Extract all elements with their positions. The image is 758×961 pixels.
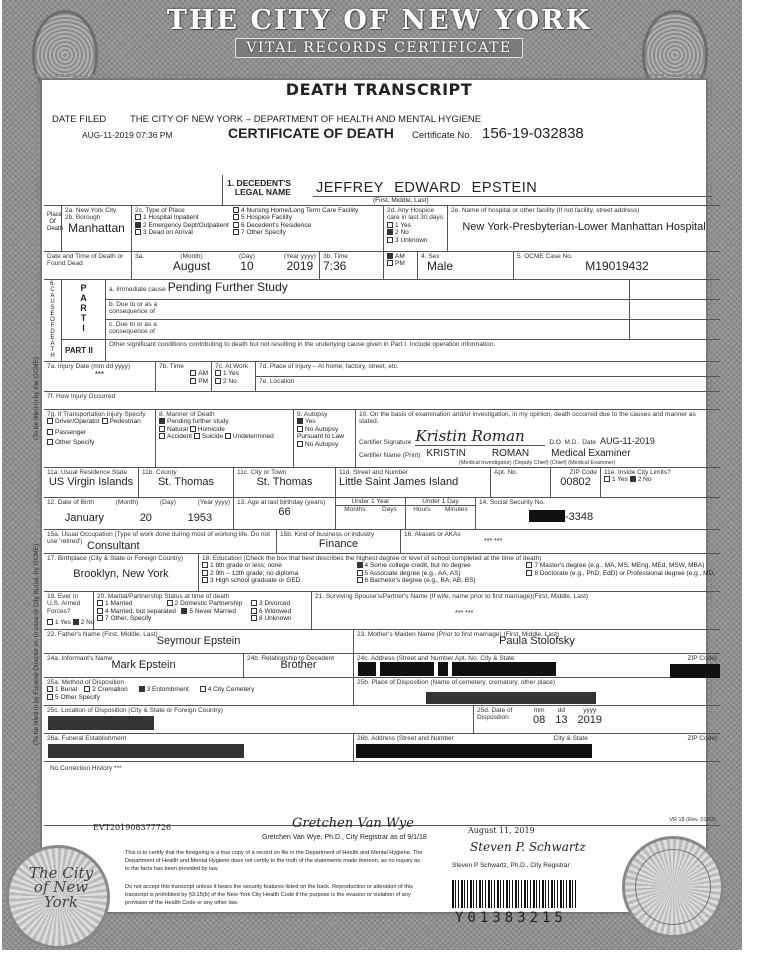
birth-day: 20 xyxy=(140,512,152,525)
date-time-label: Date and Time of Death or Found Dead xyxy=(47,253,128,268)
ocme-case-no: M19019432 xyxy=(517,260,717,274)
address-redacted xyxy=(452,662,556,676)
form-code: VR 18 (Rev. 01/03) xyxy=(669,817,716,823)
death-month: August xyxy=(173,260,210,274)
sex-value: Male xyxy=(421,260,510,274)
how-injury-row: 7f. How Injury Occurred xyxy=(44,392,720,410)
injury-row: 7a. Injury Date (mm dd yyyy) *** 7b. Tim… xyxy=(44,362,720,392)
certifier-field: 10. On the basis of examination and/or i… xyxy=(356,410,720,467)
facility-field: 2e. Name of hospital or other facility (… xyxy=(448,206,720,251)
informant-row: 24a. Informant's NameMark Epstein 24b. R… xyxy=(44,654,720,678)
place-type-option-checked: 2 Emergency Dept/Outpatient xyxy=(135,222,233,229)
date-filed: AUG-11-2019 07:36 PM xyxy=(82,130,173,140)
location-redacted xyxy=(48,716,154,730)
correction-history: No Correction History *** xyxy=(44,762,720,775)
death-time: 7:36 xyxy=(323,260,380,274)
birth-month: January xyxy=(65,512,104,525)
aliases: *** *** xyxy=(404,538,717,546)
death-year: 2019 xyxy=(284,260,316,274)
residence-zip: 00802 xyxy=(554,476,597,489)
certificate-number: 156-19-032838 xyxy=(482,125,584,142)
certificate-title: CERTIFICATE OF DEATH xyxy=(228,125,394,141)
certifier-signature: Kristin Roman xyxy=(415,428,545,446)
ssn-suffix: -3348 xyxy=(565,511,593,523)
birthplace: Brooklyn, New York xyxy=(47,568,195,581)
disposition-method-row: 25a. Method of Disposition 1 Burial 2 Cr… xyxy=(44,678,720,706)
age: 66 xyxy=(237,506,332,519)
nyc-label: 2a. New York City xyxy=(65,207,128,214)
address-redacted xyxy=(380,662,434,676)
marital-row: 19. Ever in U.S. Armed Forces?1 Yes 2 No… xyxy=(44,592,720,630)
banner-title: THE CITY OF NEW YORK xyxy=(150,4,608,38)
industry: Finance xyxy=(280,538,397,551)
manner-certifier-row: 7g. If Transportation Injury Specify Dri… xyxy=(44,410,720,468)
residence-row: 11a. Usual Residence StateUS Virgin Isla… xyxy=(44,468,720,498)
funeral-address-redacted xyxy=(356,744,592,758)
immediate-cause: Pending Further Study xyxy=(168,280,288,294)
manner-of-death-field: 8. Manner of Death Pending further study… xyxy=(156,410,294,467)
disposition-method-field: 25a. Method of Disposition 1 Burial 2 Cr… xyxy=(44,678,354,705)
education-field: 18. Education (Check the box that best d… xyxy=(199,554,720,591)
residence-county: St. Thomas xyxy=(142,476,230,489)
disposition-month: 08 xyxy=(533,714,545,727)
banner-subtitle: VITAL RECORDS CERTIFICATE xyxy=(235,38,522,58)
birthplace-row: 17. Birthplace (City & State or Foreign … xyxy=(44,554,720,592)
event-number: EVT201908377726 xyxy=(93,823,171,832)
residence-state: US Virgin Islands xyxy=(47,476,135,489)
date-filed-label: DATE FILED xyxy=(52,114,106,125)
reproduction-warning: Do not accept this transcript unless it … xyxy=(125,884,425,907)
birth-year: 1953 xyxy=(188,512,212,525)
birth-row: 12. Date of Birth(Month)(Day)(Year yyyy)… xyxy=(44,498,720,530)
occupation-row: 15a. Usual Occupation (Type of work done… xyxy=(44,530,720,554)
health-department-seal xyxy=(622,836,724,938)
funeral-establishment-redacted xyxy=(48,744,244,758)
certificate-no-label: Certificate No. xyxy=(412,130,472,141)
decedent-name-label: 1. DECEDENT'S LEGAL NAME xyxy=(227,179,291,197)
address-redacted xyxy=(438,662,448,676)
part-two-label: PART II xyxy=(62,340,106,361)
disposition-year: 2019 xyxy=(578,714,602,727)
side-label-ocme: (To be filled in by the OCME) xyxy=(33,357,40,440)
side-label-funeral: (To be filled in by Funeral Director or,… xyxy=(33,544,40,745)
registrar2-signature: Steven P. Schwartz xyxy=(470,840,586,854)
registrar-name: Gretchen Van Wye, Ph.D., City Registrar … xyxy=(262,834,427,841)
funeral-row: 26a. Funeral Establishment 26b. Address … xyxy=(44,734,720,762)
part-one-label: PART I xyxy=(62,280,106,339)
parents-row: 22. Father's Name (First, Middle, Last)S… xyxy=(44,630,720,654)
zip-redacted xyxy=(670,664,720,678)
certifier-date: AUG-11-2019 xyxy=(600,436,655,446)
place-type-option: 3 Dead on Arrival xyxy=(135,229,233,236)
marital-status-field: 20. Marital/Partnership Status at time o… xyxy=(94,592,312,629)
city-of-new-york-seal: The City of New York xyxy=(6,845,110,949)
place-of-disposition-redacted xyxy=(426,692,596,704)
occupation: Consultant xyxy=(87,540,273,553)
issue-date: August 11, 2019 xyxy=(468,826,535,835)
place-type-option: 6 Decedent's Residence xyxy=(233,222,380,229)
residence-city: St. Thomas xyxy=(237,476,332,489)
death-day: 10 xyxy=(239,260,255,274)
decedent-name: JEFFREY EDWARD EPSTEIN xyxy=(316,180,537,196)
hospice-field: 2d. Any Hospice care in last 30 days 1 Y… xyxy=(384,206,448,251)
cause-of-death-section: 6. CAUSE OF DEATH PART I a. Immediate ca… xyxy=(44,280,720,362)
death-certificate-form: Place Of Death 2a. New York City 2b. Bor… xyxy=(44,205,720,826)
place-type-option: 7 Other Specify xyxy=(233,229,380,236)
disposition-day: 13 xyxy=(555,714,567,727)
disposition-location-row: 25c. Location of Disposition (City & Sta… xyxy=(44,706,720,734)
document-title: DEATH TRANSCRIPT xyxy=(0,80,758,99)
registrar-signature: Gretchen Van Wye xyxy=(292,816,414,831)
address-redacted xyxy=(358,662,376,676)
place-type-option: 4 Nursing Home/Long Term Care Facility xyxy=(233,207,380,214)
decedent-name-hint: (First, Middle, Last) xyxy=(373,197,429,204)
spouse-name: *** *** xyxy=(315,610,717,618)
place-of-death-label: Place Of Death xyxy=(44,206,62,251)
place-type-option: 1 Hospital Inpatient xyxy=(135,214,233,221)
ssn-redacted xyxy=(529,510,565,522)
residence-street: Little Saint James Island xyxy=(339,476,487,489)
autopsy-field: 9. Autopsy Yes No Autopsy Pursuant to La… xyxy=(294,410,356,467)
department-name: THE CITY OF NEW YORK – DEPARTMENT OF HEA… xyxy=(130,114,481,125)
date-time-row: Date and Time of Death or Found Dead 3a.… xyxy=(44,252,720,280)
decedent-name-field: 1. DECEDENT'S LEGAL NAME JEFFREY EDWARD … xyxy=(222,175,722,205)
borough-value: Manhattan xyxy=(65,222,128,236)
banner: THE CITY OF NEW YORK VITAL RECORDS CERTI… xyxy=(150,4,608,66)
barcode xyxy=(452,880,578,908)
certification-statement: This is to certify that the foregoing is… xyxy=(125,850,425,873)
barcode-number: Y01383215 xyxy=(455,910,567,926)
registrar2-name: Steven P Schwartz, Ph.D., City Registrar xyxy=(452,862,570,869)
facility-name: New York-Presbyterian-Lower Manhattan Ho… xyxy=(451,221,717,234)
place-type-option: 5 Hospice Facility xyxy=(233,214,380,221)
place-of-death-row: Place Of Death 2a. New York City 2b. Bor… xyxy=(44,206,720,252)
place-type-field: 2c. Type of Place 4 Nursing Home/Long Te… xyxy=(132,206,384,251)
